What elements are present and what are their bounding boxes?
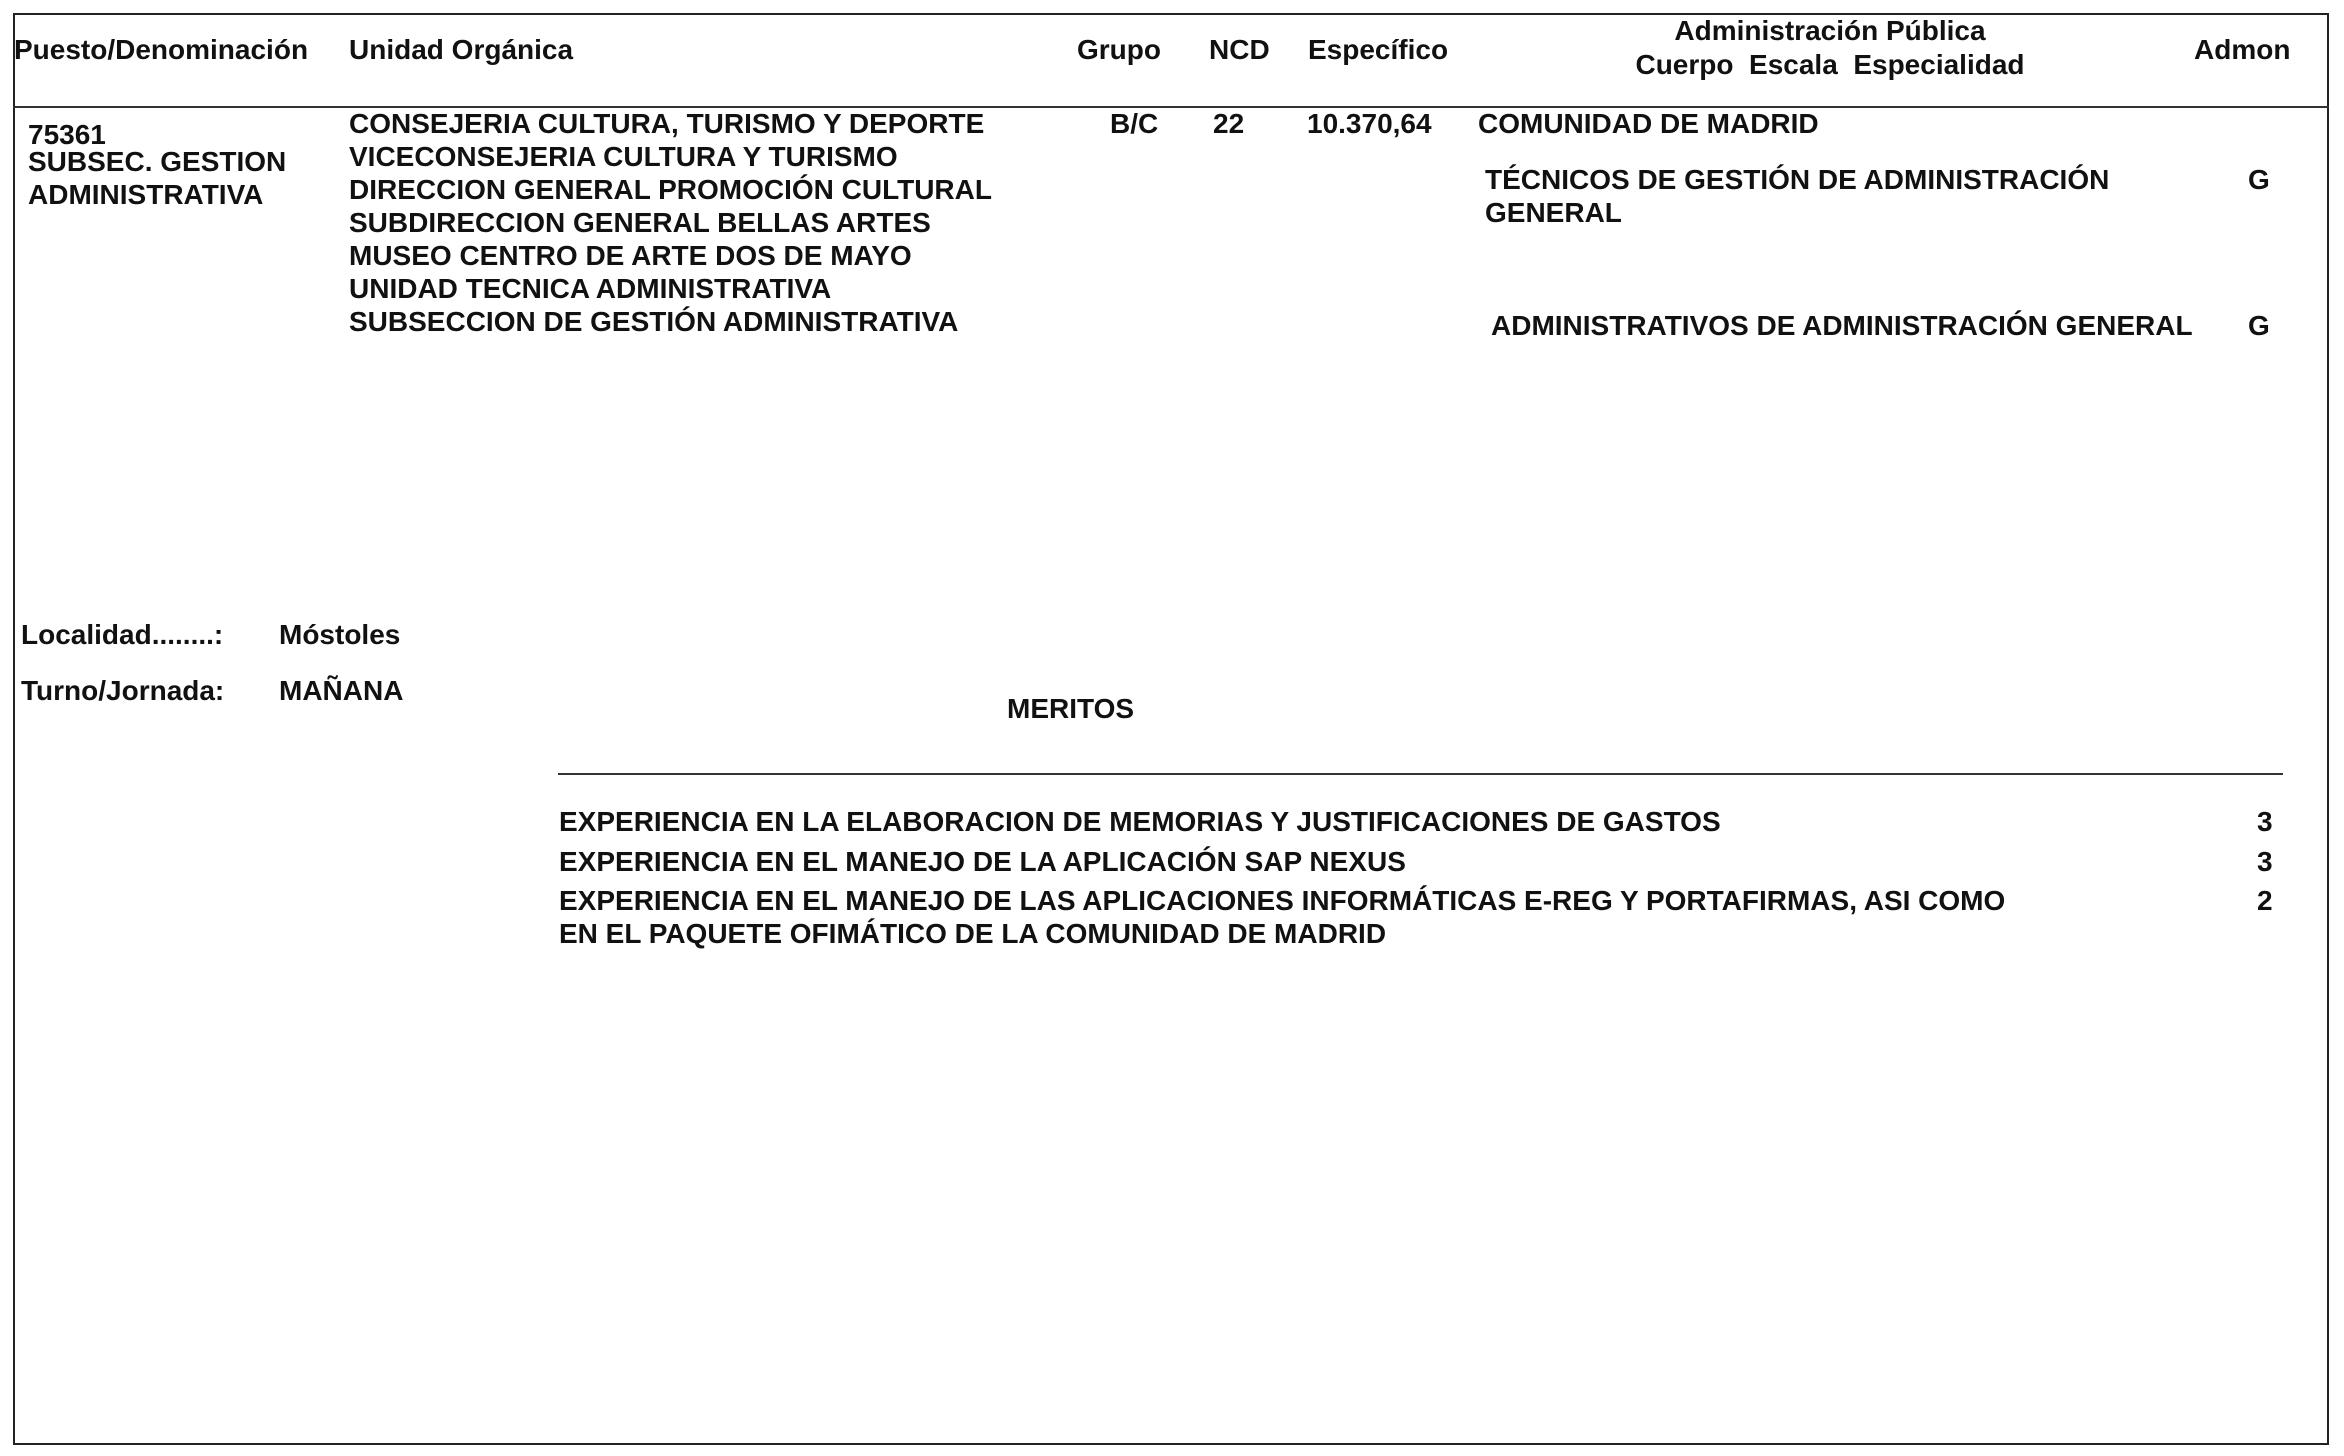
admon-tecnicos: G [2248,163,2270,196]
merito-points: 3 [2257,805,2273,838]
merito-item: EXPERIENCIA EN EL MANEJO DE LA APLICACIÓ… [559,845,1406,878]
meritos-divider [558,773,2283,775]
cuerpo-administrativos: ADMINISTRATIVOS DE ADMINISTRACIÓN GENERA… [1491,309,2193,342]
turno-label: Turno/Jornada: [21,674,224,707]
ncd-value: 22 [1213,107,1244,140]
header-unidad: Unidad Orgánica [349,33,573,66]
administracion-value: COMUNIDAD DE MADRID [1478,107,1819,140]
header-cuerpo-escala: Cuerpo Escala Especialidad [1560,48,2100,81]
especifico-value: 10.370,64 [1307,107,1432,140]
unidad-organica: CONSEJERIA CULTURA, TURISMO Y DEPORTE VI… [349,107,992,338]
meritos-title: MERITOS [1007,692,1134,725]
admon-administrativos: G [2248,309,2270,342]
grupo-value: B/C [1110,107,1158,140]
header-ncd: NCD [1209,33,1270,66]
puesto-denominacion: SUBSEC. GESTION ADMINISTRATIVA [28,145,286,211]
header-admon: Admon [2194,33,2290,66]
merito-item: EXPERIENCIA EN LA ELABORACION DE MEMORIA… [559,805,1721,838]
turno-value: MAÑANA [279,674,403,707]
header-grupo: Grupo [1077,33,1161,66]
localidad-value: Móstoles [279,618,400,651]
merito-points: 2 [2257,884,2273,917]
header-especifico: Específico [1308,33,1448,66]
header-admin-publica: Administración Pública [1560,14,2100,47]
cuerpo-tecnicos: TÉCNICOS DE GESTIÓN DE ADMINISTRACIÓN GE… [1485,163,2109,229]
merito-points: 3 [2257,845,2273,878]
localidad-label: Localidad........: [21,618,223,651]
header-puesto: Puesto/Denominación [14,33,308,66]
merito-item: EXPERIENCIA EN EL MANEJO DE LAS APLICACI… [559,884,2005,950]
